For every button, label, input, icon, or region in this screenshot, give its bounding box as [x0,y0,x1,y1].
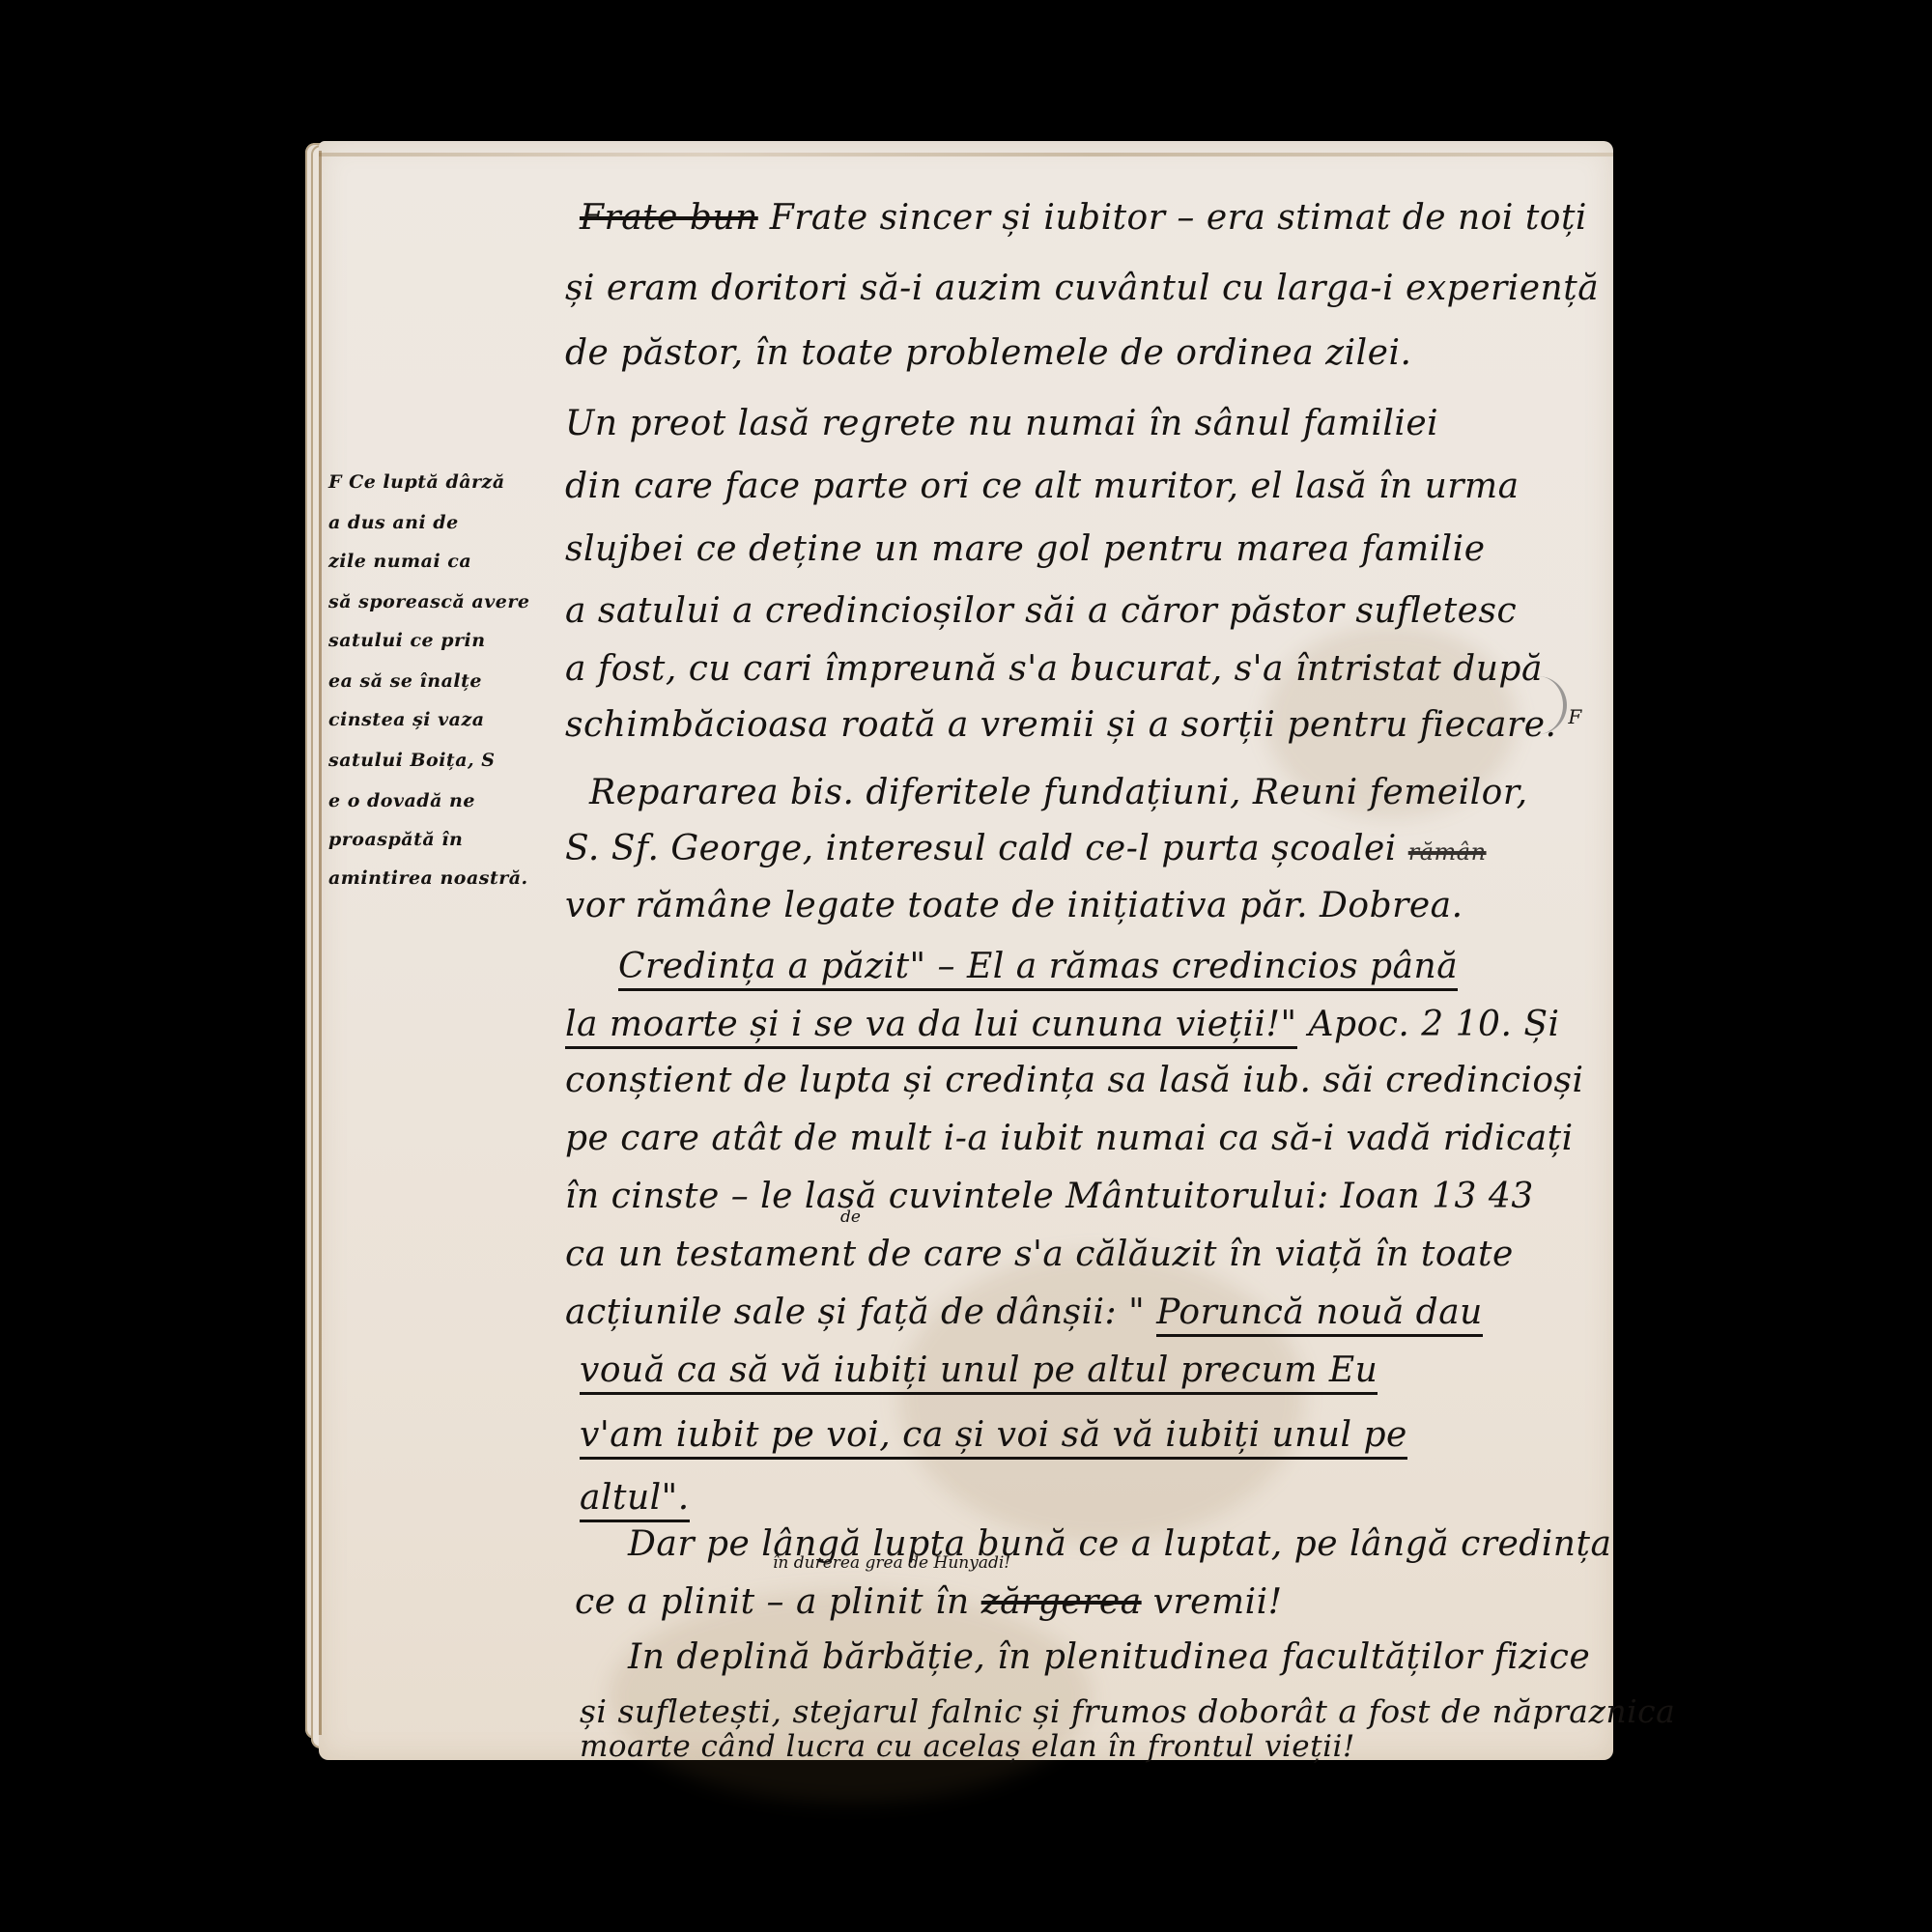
struck-text: rămân [1408,838,1487,866]
text-line: a fost, cu cari împreună s'a bucurat, s'… [565,649,1543,689]
line-text: S. Sf. George, interesul cald ce-l purta… [565,829,1397,868]
text-line: în cinste – le lasă cuvintele Mântuitoru… [565,1177,1534,1216]
underlined-quote: Poruncă nouă dau [1156,1293,1483,1337]
text-line: și sufletești, stejarul falnic și frumos… [580,1692,1675,1730]
margin-note-line: să sporească avere [328,591,529,612]
text-line: Credința a păzit" – El a rămas credincio… [618,947,1458,986]
line-text: Apoc. 2 10. Și [1309,1005,1560,1044]
line-text: schimbăcioasa roată a vremii și a sorții… [565,705,1556,745]
insertion-above: de [840,1207,861,1227]
insertion-above: în durerea grea de Hunyadi! [773,1553,1010,1573]
text-line: In deplină bărbăție, în plenitudinea fac… [628,1637,1590,1677]
text-line: slujbei ce deține un mare gol pentru mar… [565,529,1486,569]
underlined-quote: la moarte și i se va da lui cununa vieți… [565,1005,1297,1049]
margin-note-line: F Ce luptă dârză [328,471,505,493]
line-text: vremii! [1153,1582,1283,1622]
margin-note-line: proaspătă în [328,829,463,850]
text-line: vor rămâne legate toate de inițiativa pă… [565,886,1463,925]
margin-note-line: cinstea și vaza [328,709,485,730]
text-line: conștient de lupta și credința sa lasă i… [565,1061,1584,1100]
text-line: la moarte și i se va da lui cununa vieți… [565,1005,1560,1044]
margin-note-line: a dus ani de [328,512,459,533]
margin-note-line: e o dovadă ne [328,790,475,811]
line-text: acțiunile sale și față de dânșii: " [565,1293,1145,1332]
struck-text: zărgerea [981,1582,1142,1622]
line-text: ce a plinit – a plinit în [575,1582,970,1622]
text-line: ca un testament de care s'a călăuzit în … [565,1235,1514,1274]
margin-note-line: ea să se înalțe [328,670,482,692]
text-line: din care face parte ori ce alt muritor, … [565,467,1520,506]
text-line: moarte când lucra cu acelaș elan în fron… [580,1729,1355,1764]
paper-top-fold [319,153,1613,156]
text-line: ce a plinit – a plinit în zărgerea vremi… [575,1582,1283,1622]
footnote-marker: F [1568,705,1581,728]
text-line: vouă ca să vă iubiți unul pe altul precu… [580,1350,1378,1390]
text-line: a satului a credincioșilor săi a căror p… [565,591,1517,631]
text-line: și eram doritori să-i auzim cuvântul cu … [565,269,1599,308]
text-line: v'am iubit pe voi, ca și voi să vă iubiț… [580,1415,1407,1455]
text-line: de păstor, în toate problemele de ordine… [565,333,1411,373]
text-line: pe care atât de mult i-a iubit numai ca … [565,1119,1574,1158]
text-line: Frate bun Frate sincer și iubitor – era … [580,198,1587,238]
struck-text: Frate bun [580,198,758,238]
text-line: S. Sf. George, interesul cald ce-l purta… [565,829,1487,868]
photo-background: F Ce luptă dârză a dus ani de zile numai… [0,0,1932,1932]
margin-note-line: satului ce prin [328,630,486,651]
margin-note-line: amintirea noastră. [328,867,528,889]
text-line: schimbăcioasa roată a vremii și a sorții… [565,705,1582,745]
text-line: acțiunile sale și față de dânșii: " Poru… [565,1293,1483,1332]
underlined-quote: vouă ca să vă iubiți unul pe altul precu… [580,1350,1378,1395]
underlined-quote: v'am iubit pe voi, ca și voi să vă iubiț… [580,1415,1407,1460]
underlined-quote: altul". [580,1478,690,1522]
paper-left-edge [319,151,322,1735]
text-line: altul". [580,1478,690,1518]
text-line: Repararea bis. diferitele fundațiuni, Re… [589,773,1528,812]
margin-note-line: satului Boița, S [328,750,495,771]
line-text: Frate sincer și iubitor – era stimat de … [770,198,1587,238]
text-line: Un preot lasă regrete nu numai în sânul … [565,404,1438,443]
margin-note-line: zile numai ca [328,551,471,572]
underlined-quote: Credința a păzit" – El a rămas credincio… [618,947,1458,991]
